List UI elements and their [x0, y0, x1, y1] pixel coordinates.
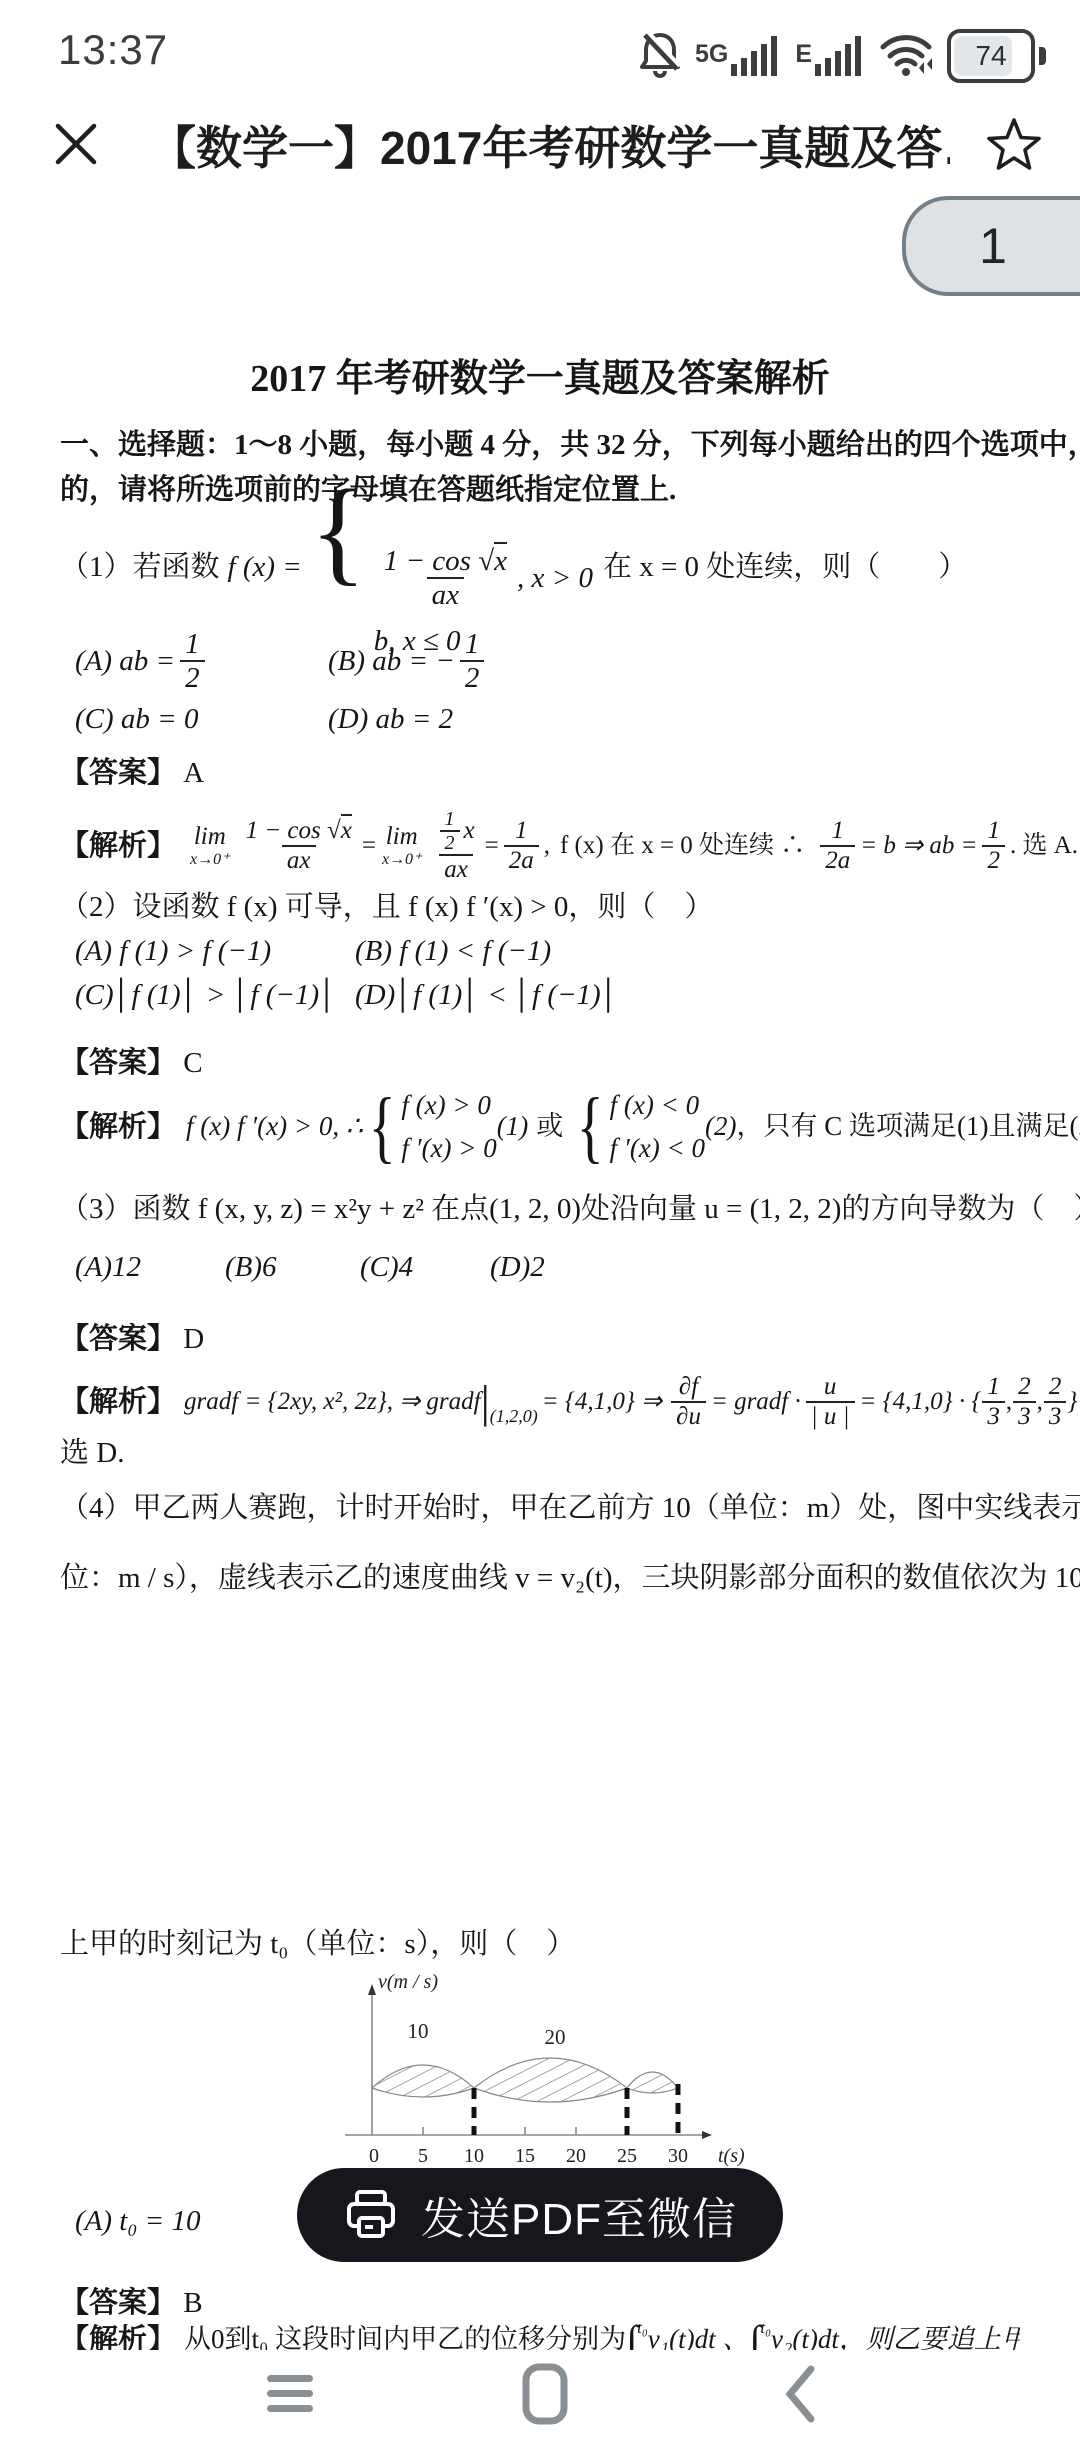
q1-stem-post: 在 x = 0 处连续，则（ ）: [603, 546, 967, 588]
battery-percent: 74: [975, 40, 1006, 72]
left-brace: {: [369, 1087, 396, 1167]
tick-25: 25: [617, 2145, 637, 2167]
q1-analysis: 【解析】 limx→0⁺ 1 − cos √xax = limx→0⁺ 12xa…: [60, 794, 1020, 898]
q3-answer-value: D: [183, 1323, 204, 1355]
printer-icon: [343, 2186, 399, 2245]
send-pdf-to-wechat-button[interactable]: 发送PDF至微信: [297, 2168, 783, 2262]
q1-fx: f (x) =: [228, 546, 302, 588]
q1-sol-tail: . 选 A.: [1010, 828, 1078, 864]
shaded-region-2: [474, 2058, 627, 2102]
q2-case: f ′(x) > 0: [401, 1129, 496, 1168]
q3-select: 选 D.: [60, 1432, 1020, 1474]
wifi-icon: [879, 30, 935, 83]
q3-option-b: (B)6: [225, 1246, 277, 1288]
q1-option-a: (A) ab =: [75, 640, 175, 682]
sqrt-x: x: [341, 814, 352, 844]
eval-point: (1,2,0): [490, 1403, 538, 1429]
answer-label: 【答案】: [60, 757, 176, 789]
x: x: [464, 817, 475, 845]
frac-num: ∂f: [674, 1373, 703, 1401]
q3-sol-p2: = {4,1,0} ⇒: [542, 1384, 662, 1420]
battery-nub: [1039, 47, 1046, 65]
q1-answer-value: A: [183, 757, 204, 789]
answer-label: 【答案】: [60, 2287, 176, 2319]
question-4-line3: 上甲的时刻记为 t₀（单位：s），则（ ）: [60, 1923, 1020, 1965]
q2-option-a: (A) f (1) > f (−1): [75, 930, 271, 972]
signal-bars-icon: [731, 32, 783, 81]
question-4-line1: （4）甲乙两人赛跑，计时开始时，甲在乙前方 10（单位：m）处，图中实线表示甲的…: [60, 1487, 1020, 1529]
x-axis-arrow: [702, 2131, 712, 2139]
q1-a-num: 1: [180, 628, 205, 660]
q2-sol-pre: f (x) f ′(x) > 0, ∴: [186, 1107, 363, 1146]
lim: lim: [194, 824, 226, 849]
question-3-options: (A)12 (B)6 (C)4 (D)2: [60, 1246, 1020, 1290]
back-chevron-icon: [783, 2364, 817, 2427]
frac-num: 1: [982, 817, 1005, 845]
phone-screen: 13:37 5G: [0, 0, 1080, 2460]
q1-sol-eq3: = b ⇒ ab =: [860, 828, 977, 864]
tick-5: 5: [418, 2145, 428, 2167]
question-2-options-ab: (A) f (1) > f (−1) (B) f (1) < f (−1): [60, 930, 1020, 974]
q1-sol-mid: f (x) 在 x = 0 处连续 ∴: [560, 828, 805, 864]
signal-5g: 5G: [695, 32, 783, 81]
title-bar: 【数学一】2017年考研数学一真题及答…: [0, 100, 1080, 190]
status-bar: 13:37 5G: [0, 0, 1080, 95]
lim: lim: [386, 824, 418, 849]
q1-case1-num: 1 − cos √: [384, 545, 494, 577]
q1-case1-den: ax: [427, 577, 464, 611]
q1-option-b: (B) ab = −: [328, 640, 455, 682]
frac-num: u: [819, 1373, 842, 1401]
comma: ,: [544, 828, 550, 864]
document-viewport[interactable]: 2017 年考研数学一真题及答案解析 一、选择题：1～8 小题，每小题 4 分，…: [0, 190, 1080, 2360]
area-label-10: 10: [408, 2019, 429, 2043]
q1-answer: 【答案】 A: [60, 752, 1020, 794]
q4-answer-value: B: [183, 2287, 202, 2319]
tick-20: 20: [566, 2145, 586, 2167]
frac-den: 3: [982, 1401, 1005, 1431]
integral-upper: t₀: [637, 2324, 648, 2341]
star-icon: [985, 116, 1043, 175]
q2-tag1: (1): [497, 1107, 528, 1146]
battery-icon: 74: [947, 29, 1035, 83]
question-3-stem: （3）函数 f (x, y, z) = x²y + z² 在点(1, 2, 0)…: [60, 1188, 1020, 1230]
q2-tag2: (2): [705, 1107, 736, 1146]
q3-sol-p3: = gradf ·: [711, 1384, 801, 1420]
shaded-region-3: [627, 2072, 678, 2093]
left-brace: {: [310, 465, 367, 596]
frac-num: 1: [827, 817, 850, 845]
signal-e: E: [795, 32, 867, 81]
tick-15: 15: [515, 2145, 535, 2167]
network-type-label: E: [795, 42, 812, 67]
answer-label: 【答案】: [60, 1323, 176, 1355]
q2-option-b: (B) f (1) < f (−1): [355, 930, 551, 972]
question-1-options-ab: (A) ab = 12 (B) ab = − 12: [60, 628, 1020, 698]
q4-answer: 【答案】 B: [60, 2282, 1020, 2324]
velocity-time-figure: 10 20 v(m / s) t(s) 0 5 10 15 20 25 30: [330, 1972, 810, 2182]
frac-den: 3: [1044, 1401, 1067, 1431]
frac-den: | u |: [806, 1401, 855, 1431]
question-1-stem: （1）若函数 f (x) = { 1 − cos √xax , x > 0 b,…: [60, 508, 1020, 626]
close-icon: [52, 120, 100, 171]
frac-den: 2: [982, 845, 1005, 875]
question-2-stem: （2）设函数 f (x) 可导，且 f (x) f ′(x) > 0，则（ ）: [60, 886, 1020, 928]
favorite-button[interactable]: [984, 115, 1044, 175]
system-navbar: [0, 2350, 1080, 2460]
nested-num: 1: [440, 808, 460, 830]
frac-num: 2: [1044, 1373, 1067, 1401]
q1-case1-sqrt: x: [494, 542, 507, 577]
analysis-label: 【解析】: [60, 825, 176, 867]
q2-or: 或: [536, 1107, 563, 1146]
shaded-region-1: [372, 2065, 474, 2097]
question-1-options-cd: (C) ab = 0 (D) ab = 2: [60, 698, 1020, 744]
q1-b-den: 2: [460, 660, 485, 694]
y-axis-arrow: [368, 1984, 376, 1995]
frac-den: 2a: [820, 845, 855, 875]
q1-case1-cond: , x > 0: [517, 557, 593, 599]
tick-0: 0: [369, 2145, 379, 2167]
send-button-label: 发送PDF至微信: [421, 2183, 737, 2247]
q1-option-c: (C) ab = 0: [75, 698, 198, 740]
nav-back-button[interactable]: [755, 2350, 845, 2440]
q2-case: f (x) < 0: [610, 1086, 705, 1125]
q3-sol-p4: = {4,1,0} · {: [860, 1384, 982, 1420]
equals: =: [485, 828, 499, 864]
x-axis-label: t(s): [718, 2145, 745, 2167]
close-button[interactable]: [48, 117, 104, 173]
q3-option-c: (C)4: [360, 1246, 413, 1288]
hamburger-icon: [265, 2371, 315, 2420]
frac-den: ∂u: [671, 1401, 706, 1431]
q1-b-num: 1: [460, 628, 485, 660]
q2-option-d: (D)│f (1)│ < │f (−1)│: [355, 974, 619, 1016]
document-title: 【数学一】2017年考研数学一真题及答…: [150, 112, 950, 178]
q3-option-a: (A)12: [75, 1246, 141, 1288]
q1-option-d: (D) ab = 2: [328, 698, 453, 740]
frac-num: 1: [982, 1373, 1005, 1401]
frac-num: 1 − cos √: [246, 817, 341, 844]
q4-option-a: (A) t₀ = 10: [75, 2200, 201, 2242]
q3-option-d: (D)2: [490, 1246, 545, 1288]
analysis-label: 【解析】: [60, 1381, 176, 1423]
q2-option-c: (C)│f (1)│ > │f (−1)│: [75, 974, 337, 1016]
comma: ,: [1037, 1384, 1043, 1420]
q3-sol-p5: } = 2.: [1067, 1384, 1080, 1420]
q1-stem-pre: （1）若函数: [60, 546, 220, 588]
q1-a-den: 2: [180, 660, 205, 694]
area-label-20: 20: [545, 2025, 566, 2049]
q2-analysis: 【解析】 f (x) f ′(x) > 0, ∴ { f (x) > 0 f ′…: [60, 1072, 1020, 1182]
frac-den: ax: [439, 854, 473, 884]
network-type-label: 5G: [695, 42, 728, 67]
equals: =: [362, 828, 376, 864]
lim-sub: x→0⁺: [382, 852, 422, 868]
clock: 13:37: [58, 26, 168, 74]
nested-den: 2: [440, 830, 460, 854]
frac-num: 1: [510, 817, 533, 845]
tick-10: 10: [464, 2145, 484, 2167]
signal-bars-icon: [815, 32, 867, 81]
lim-sub: x→0⁺: [190, 852, 230, 868]
q3-sol-p1: gradf = {2xy, x², 2z}, ⇒ gradf: [184, 1384, 481, 1420]
q2-case: f ′(x) < 0: [610, 1129, 705, 1168]
question-2-options-cd: (C)│f (1)│ > │f (−1)│ (D)│f (1)│ < │f (−…: [60, 974, 1020, 1018]
q2-sol-post: ，只有 C 选项满足(1)且满足(2)，所以选 C。: [736, 1107, 1080, 1146]
nav-recents-button[interactable]: [245, 2350, 335, 2440]
y-axis-label: v(m / s): [378, 1972, 438, 1993]
analysis-label: 【解析】: [60, 1106, 176, 1148]
comma: ,: [1006, 1384, 1012, 1420]
tick-30: 30: [668, 2145, 688, 2167]
frac-num: 2: [1013, 1373, 1036, 1401]
frac-den: 3: [1013, 1401, 1036, 1431]
nav-home-button[interactable]: [500, 2350, 590, 2440]
left-brace: {: [577, 1087, 604, 1167]
question-4-line2: 位：m / s），虚线表示乙的速度曲线 v = v₂(t)，三块阴影部分面积的数…: [60, 1557, 1020, 1599]
section-header-line1: 一、选择题：1～8 小题，每小题 4 分，共 32 分，下列每小题给出的四个选项…: [60, 424, 1020, 466]
status-icons: 5G E: [637, 30, 1046, 82]
q2-case: f (x) > 0: [401, 1086, 496, 1125]
integral-upper: t₀: [760, 2324, 771, 2341]
frac-den: 2a: [504, 845, 539, 875]
frac-den: ax: [282, 845, 316, 875]
bell-muted-icon: [637, 29, 683, 84]
doc-heading: 2017 年考研数学一真题及答案解析: [60, 352, 1020, 407]
home-square-icon: [522, 2363, 568, 2428]
